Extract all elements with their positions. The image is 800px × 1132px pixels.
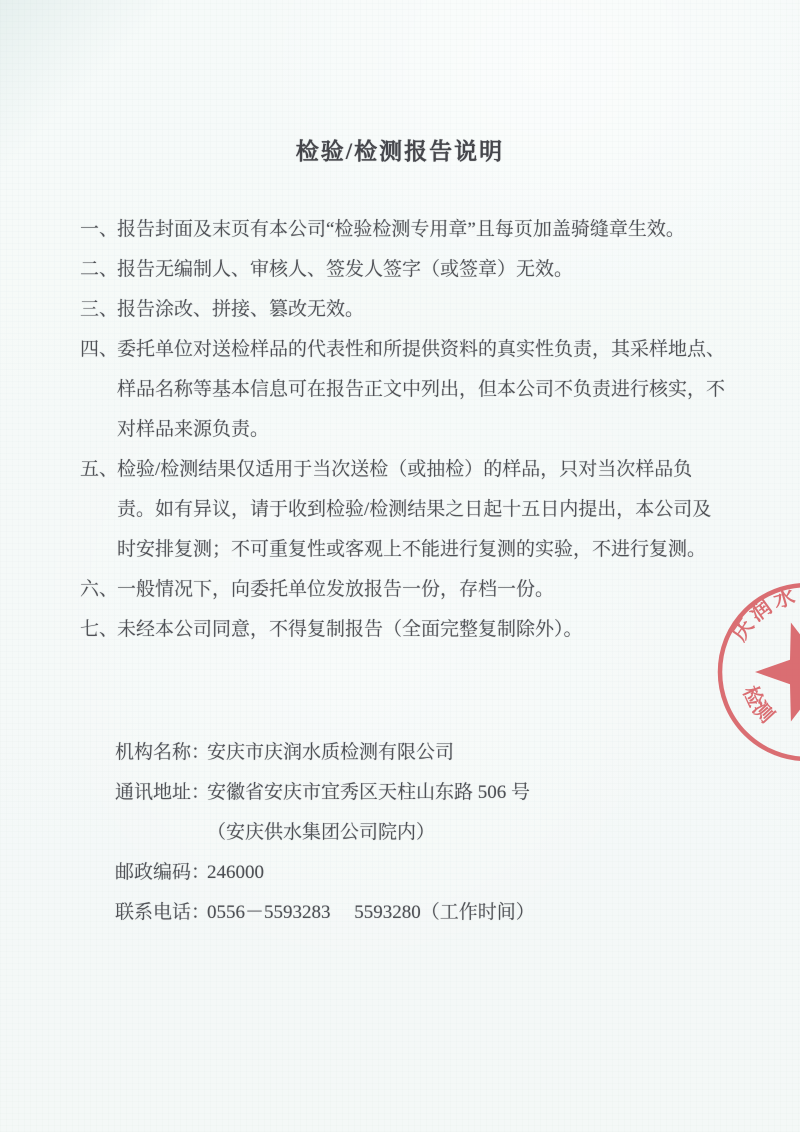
list-item: 五、 检验/检测结果仅适用于当次送检（或抽检）的样品，只对当次样品负责。如有异议… (80, 450, 728, 570)
contact-label: 联系电话： (115, 893, 207, 933)
contact-row: 邮政编码： 246000 (115, 853, 735, 893)
item-text: 报告封面及末页有本公司“检验检测专用章”且每页加盖骑缝章生效。 (117, 210, 728, 250)
item-text: 一般情况下，向委托单位发放报告一份，存档一份。 (117, 570, 728, 610)
item-number: 五、 (80, 450, 117, 570)
contact-row: 联系电话： 0556－5593283 5593280（工作时间） (115, 893, 735, 933)
contact-value: 安徽省安庆市宜秀区天柱山东路 506 号 (207, 773, 735, 813)
contact-label: 通讯地址： (115, 773, 207, 813)
item-text: 报告无编制人、审核人、签发人签字（或签章）无效。 (117, 250, 728, 290)
stamp-arc-text-top: 庆润水 (727, 583, 800, 645)
item-number: 二、 (80, 250, 117, 290)
company-seal-stamp: 庆润水 检测 (707, 572, 800, 772)
list-item: 六、 一般情况下，向委托单位发放报告一份，存档一份。 (80, 570, 728, 610)
item-text: 未经本公司同意，不得复制报告（全面完整复制除外）。 (117, 610, 728, 650)
contact-row: 机构名称： 安庆市庆润水质检测有限公司 (115, 733, 735, 773)
contact-row: （安庆供水集团公司院内） (115, 813, 735, 853)
contact-value: 246000 (207, 853, 735, 893)
page-title: 检验/检测报告说明 (0, 133, 800, 166)
contact-value: （安庆供水集团公司院内） (207, 813, 735, 853)
document-page: 检验/检测报告说明 一、 报告封面及末页有本公司“检验检测专用章”且每页加盖骑缝… (0, 0, 800, 1132)
list-item: 四、 委托单位对送检样品的代表性和所提供资料的真实性负责，其采样地点、样品名称等… (80, 330, 728, 450)
contact-label: 邮政编码： (115, 853, 207, 893)
contact-row: 通讯地址： 安徽省安庆市宜秀区天柱山东路 506 号 (115, 773, 735, 813)
item-text: 检验/检测结果仅适用于当次送检（或抽检）的样品，只对当次样品负责。如有异议，请于… (117, 450, 728, 570)
contact-value: 0556－5593283 5593280（工作时间） (207, 893, 735, 933)
item-text: 委托单位对送检样品的代表性和所提供资料的真实性负责，其采样地点、样品名称等基本信… (117, 330, 728, 450)
item-number: 四、 (80, 330, 117, 450)
list-item: 一、 报告封面及末页有本公司“检验检测专用章”且每页加盖骑缝章生效。 (80, 210, 728, 250)
contact-section: 机构名称： 安庆市庆润水质检测有限公司 通讯地址： 安徽省安庆市宜秀区天柱山东路… (115, 733, 735, 933)
contact-label (115, 813, 207, 853)
item-text: 报告涂改、拼接、篡改无效。 (117, 290, 728, 330)
contact-label: 机构名称： (115, 733, 207, 773)
list-item: 七、 未经本公司同意，不得复制报告（全面完整复制除外）。 (80, 610, 728, 650)
list-item: 二、 报告无编制人、审核人、签发人签字（或签章）无效。 (80, 250, 728, 290)
list-item: 三、 报告涂改、拼接、篡改无效。 (80, 290, 728, 330)
item-number: 一、 (80, 210, 117, 250)
contact-value: 安庆市庆润水质检测有限公司 (207, 733, 735, 773)
item-number: 三、 (80, 290, 117, 330)
stamp-arc-text-bottom: 检测 (738, 682, 779, 728)
instruction-list: 一、 报告封面及末页有本公司“检验检测专用章”且每页加盖骑缝章生效。 二、 报告… (80, 210, 728, 650)
item-number: 六、 (80, 570, 117, 610)
item-number: 七、 (80, 610, 117, 650)
